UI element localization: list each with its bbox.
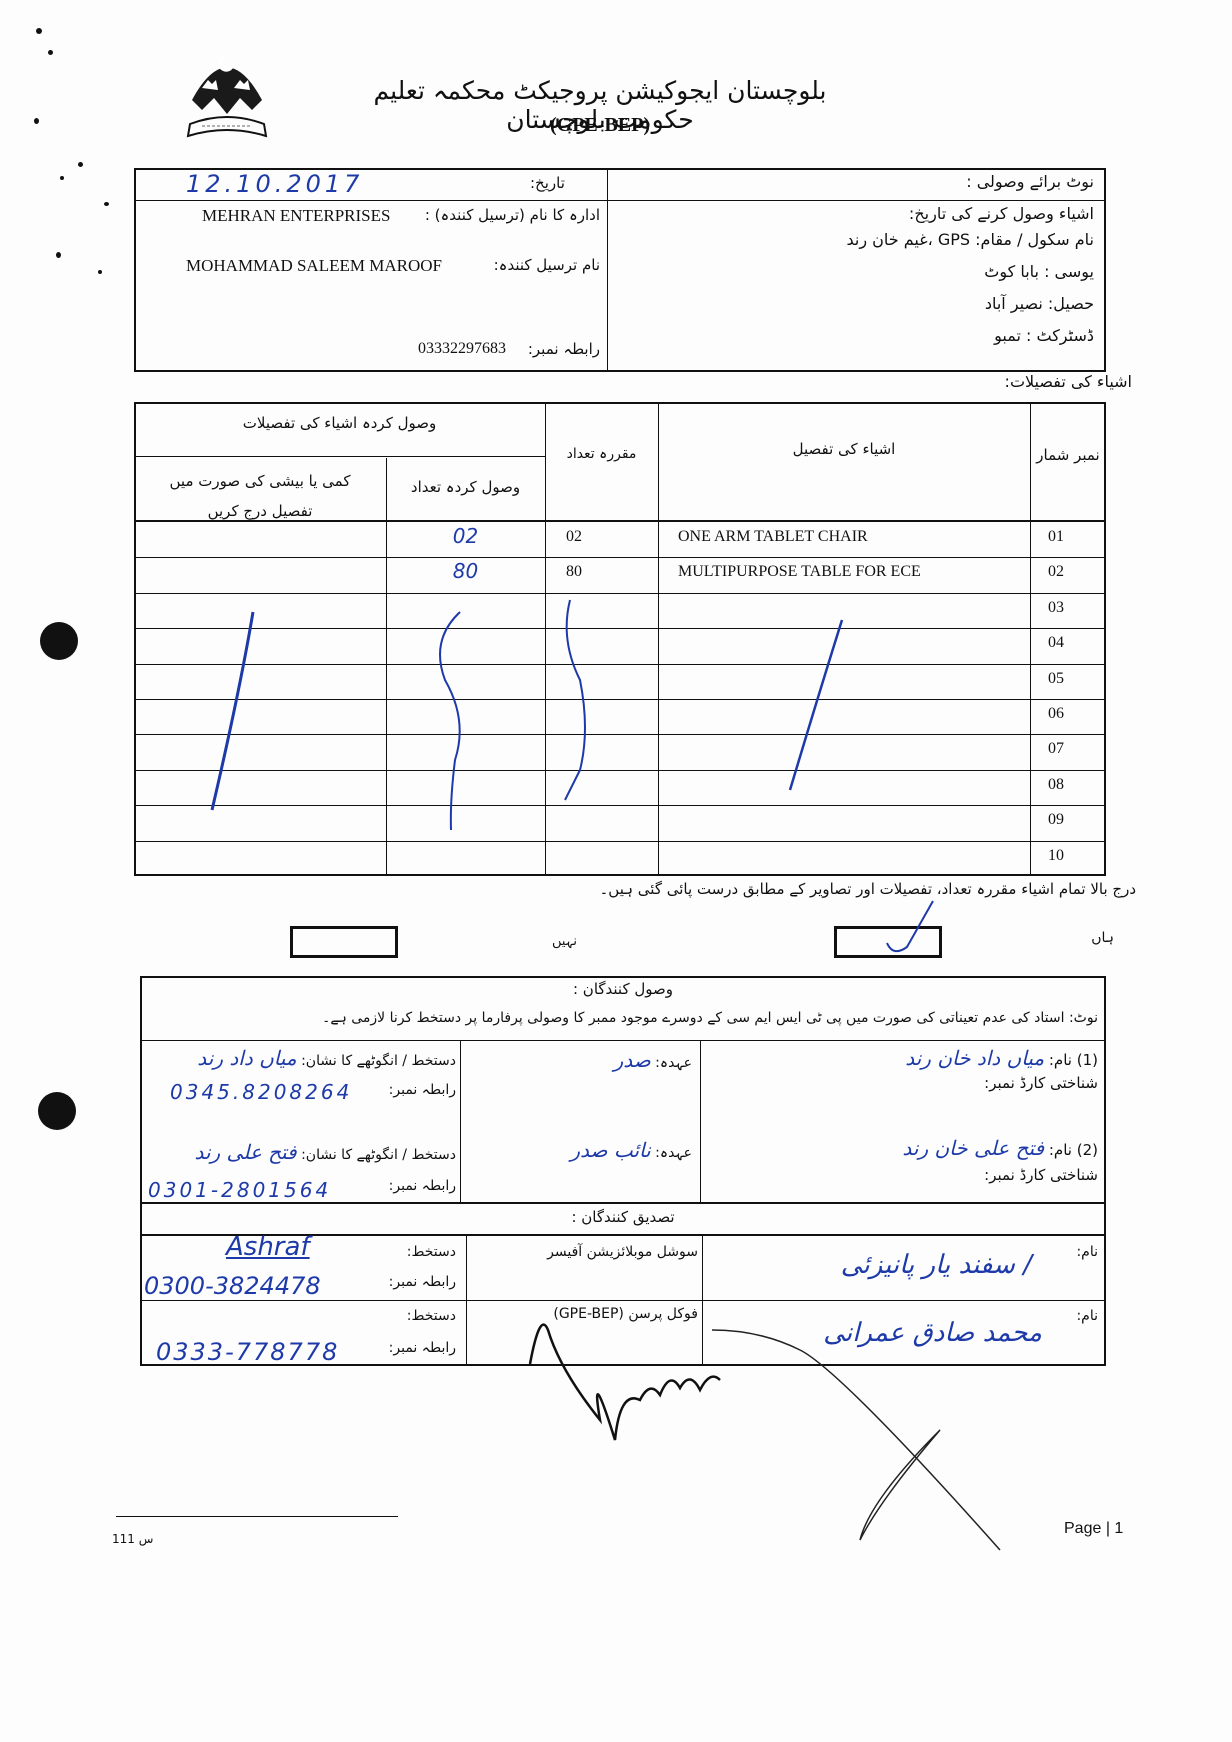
pen-stroke-icon xyxy=(712,1330,1000,1550)
ink-signatures xyxy=(0,0,1232,1742)
page-number: Page | 1 xyxy=(1064,1520,1123,1538)
footnote: س 111 xyxy=(112,1532,153,1546)
footnote-separator xyxy=(116,1516,398,1517)
pen-stroke-icon xyxy=(860,1430,940,1540)
focal-person-signature-icon xyxy=(530,1325,720,1440)
